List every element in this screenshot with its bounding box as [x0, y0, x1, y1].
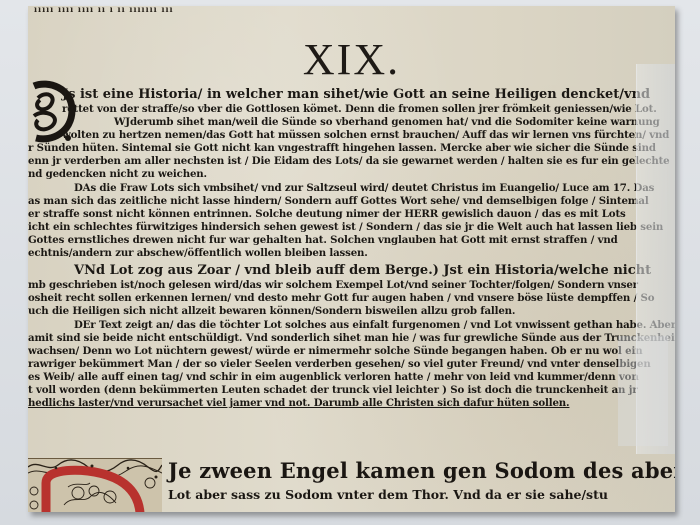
text-line: r Sünden hüten. Sintemal sie Gott nicht … — [28, 142, 656, 155]
text-line: hedlichs laster/vnd verursachet viel jam… — [28, 397, 569, 410]
section-subline: Lot aber sass zu Sodom vnter dem Thor. V… — [168, 487, 608, 502]
ornamental-initial-block — [28, 458, 162, 512]
floral-ornament-icon — [28, 459, 162, 512]
text-line: mb geschrieben ist/noch gelesen wird/das… — [28, 279, 638, 292]
text-line: wachsen/ Denn wo Lot nüchtern gewest/ wü… — [28, 345, 642, 358]
text-line: Gottes ernstliches drewen nicht fur war … — [28, 234, 618, 247]
text-line: amit sind sie beide nicht entschüldigt. … — [28, 332, 675, 345]
text-line: rawriger bekümmert Man / der so vieler S… — [28, 358, 651, 371]
tape-patch — [618, 336, 668, 446]
chapter-number: XIX. — [28, 34, 675, 85]
text-line: WJderumb sihet man/weil die Sünde so vbe… — [114, 116, 660, 129]
text-line: icht ein schlechtes fürwitziges hindersi… — [28, 221, 663, 234]
text-line: nd gedencken nicht zu weichen. — [28, 168, 207, 181]
text-line: uch die Heiligen sich nicht allzeit bewa… — [28, 305, 515, 318]
text-line: DEr Text zeigt an/ das die töchter Lot s… — [74, 319, 675, 332]
text-line: wolten zu hertzen nemen/das Gott hat müs… — [62, 129, 669, 142]
cropped-top-text: ııııı ıııı ıııı ıı ı ıı ııııııı ııı — [34, 7, 174, 15]
section-heading: Je zween Engel kamen gen Sodom des abend… — [168, 458, 675, 483]
text-line: VNd Lot zog aus Zoar / vnd bleib auff de… — [74, 264, 651, 277]
document-page: ııııı ıııı ıııı ıı ı ıı ııııııı ııı XIX.… — [28, 6, 675, 512]
text-line: es Weib/ alle auff einen tag/ vnd schir … — [28, 371, 639, 384]
text-line: DAs die Fraw Lots sich vmbsihet/ vnd zur… — [74, 182, 654, 195]
text-line: echtnis/andern zur abschew/öffentlich wo… — [28, 247, 368, 260]
text-line: enn jr verderben am aller nechsten ist /… — [28, 155, 670, 168]
text-line: as man sich das zeitliche nicht lasse hi… — [28, 195, 649, 208]
text-line: rettet von der straffe/so vber die Gottl… — [62, 103, 657, 116]
text-line: osheit recht sollen erkennen lernen/ vnd… — [28, 292, 654, 305]
text-line: t voll worden (denn bekümmerten Leuten s… — [28, 384, 637, 397]
text-line: er straffe sonst nicht können entrinnen.… — [28, 208, 626, 221]
text-line: Js ist eine Historia/ in welcher man sih… — [62, 88, 650, 101]
